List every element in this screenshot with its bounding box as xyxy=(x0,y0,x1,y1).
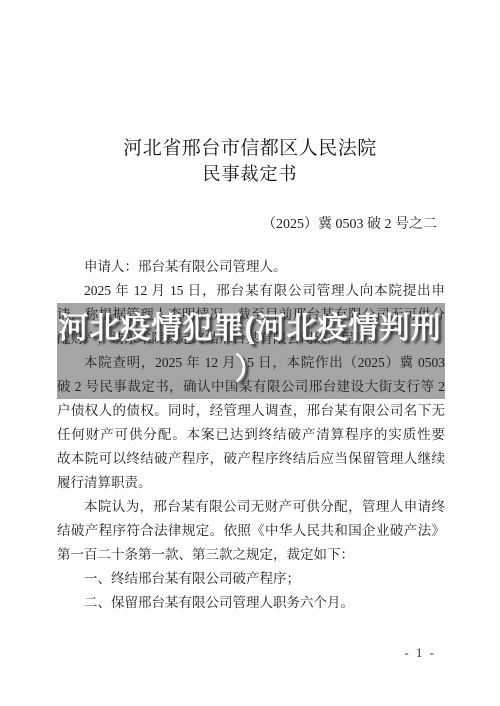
body-line: 本院查明，2025 年 12 月 15 日，本院作出（2025）冀 0503 xyxy=(57,351,445,375)
body-line: 任何财产可供分配。本案已达到终结破产清算程序的实质性要求， xyxy=(57,423,445,447)
body-line: 2025 年 12 月 15 日，邢台某有限公司管理人向本院提出申 xyxy=(57,279,445,303)
body-line: 二、保留邢台某有限公司管理人职务六个月。 xyxy=(57,591,445,615)
document-type-title: 民事裁定书 xyxy=(0,160,500,186)
body-line: 请，称根据管理人查明情况，截至目前邢台某有限公司无可供分 xyxy=(57,303,445,327)
body-line: 一、终结邢台某有限公司破产程序； xyxy=(57,567,445,591)
document-body: 申请人：邢台某有限公司管理人。 2025 年 12 月 15 日，邢台某有限公司… xyxy=(57,255,445,615)
body-line: 配财产，请求本院裁定终结邢台某有限公司破产程序。 xyxy=(57,327,445,351)
body-line: 本院认为，邢台某有限公司无财产可供分配，管理人申请终 xyxy=(57,495,445,519)
body-line: 申请人：邢台某有限公司管理人。 xyxy=(57,255,445,279)
body-line: 第一百二十条第一款、第三款之规定，裁定如下： xyxy=(57,543,445,567)
body-line: 户债权人的债权。同时，经管理人调查，邢台某有限公司名下无 xyxy=(57,399,445,423)
page-number: - 1 - xyxy=(404,645,436,661)
body-line: 破 2 号民事裁定书，确认中国某有限公司邢台建设大街支行等 2 xyxy=(57,375,445,399)
body-line: 故本院可以终结破产程序，破产程序终结后应当保留管理人继续 xyxy=(57,447,445,471)
case-number: （2025）冀 0503 破 2 号之二 xyxy=(262,213,437,233)
document-page: 河北省邢台市信都区人民法院 民事裁定书 （2025）冀 0503 破 2 号之二… xyxy=(0,0,500,706)
court-name: 河北省邢台市信都区人民法院 xyxy=(0,133,500,160)
body-line: 履行清算职责。 xyxy=(57,471,445,495)
body-line: 结破产程序符合法律规定。依照《中华人民共和国企业破产法》 xyxy=(57,519,445,543)
